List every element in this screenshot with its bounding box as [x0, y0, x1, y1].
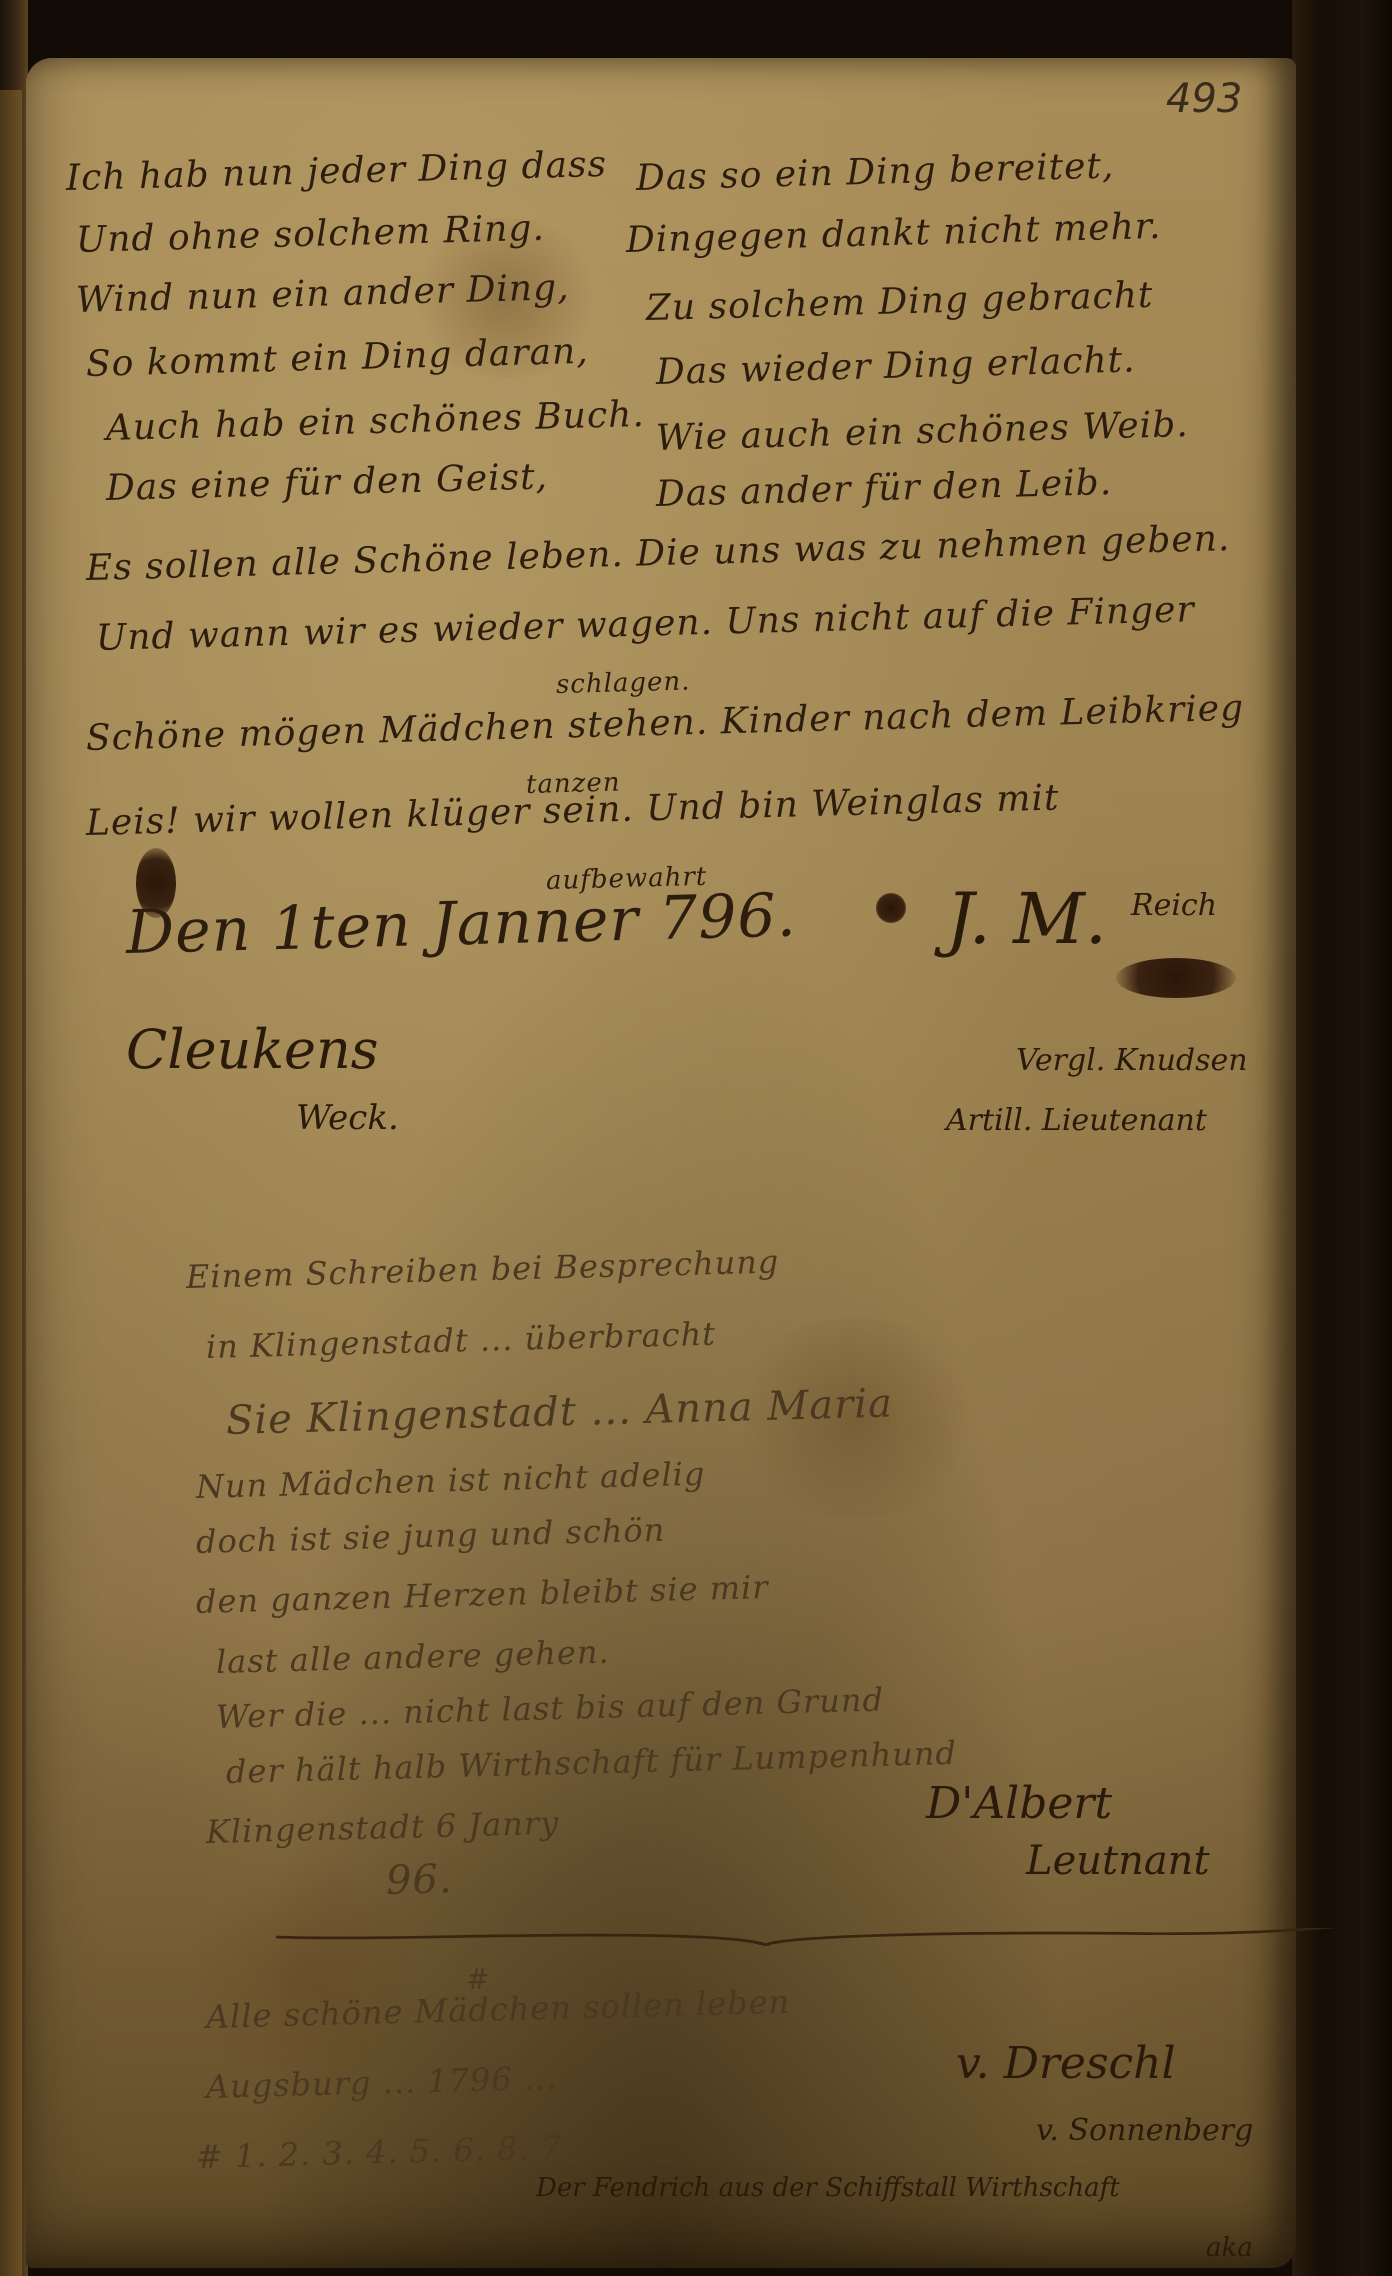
- manuscript-page: 493 Ich hab nun jeder Ding dass Und ohne…: [26, 58, 1296, 2268]
- entry-line: der hält halb Wirthschaft für Lumpenhund: [226, 1734, 958, 1791]
- signature-right-name: Reich: [1131, 888, 1217, 923]
- verse-left-line: Ich hab nun jeder Ding dass: [65, 144, 607, 199]
- verse-right-line: Das ander für den Leib.: [655, 462, 1112, 515]
- prose-line: Und wann wir es wieder wagen. Uns nicht …: [95, 589, 1195, 659]
- number-sequence: # 1. 2. 3. 4. 5. 6. 8. 7: [196, 2128, 563, 2176]
- signature-name: D'Albert: [926, 1778, 1112, 1829]
- facing-page-edge: [0, 90, 22, 2276]
- signature-left-suffix: Weck.: [296, 1098, 399, 1138]
- verse-right-line: Das wieder Ding erlacht.: [655, 339, 1136, 393]
- verse-left-line: Das eine für den Geist,: [105, 456, 548, 509]
- entry-line: doch ist sie jung und schön: [196, 1511, 666, 1561]
- entry-line: Klingenstadt 6 Janry: [206, 1804, 560, 1851]
- page-number: 493: [1166, 76, 1242, 122]
- verse-right-line: Zu solchem Ding gebracht: [645, 275, 1153, 329]
- signature-right-initials: J. M.: [946, 878, 1107, 960]
- verse-right-line: Dingegen dankt nicht mehr.: [625, 206, 1161, 261]
- signature-right-line2: Vergl. Knudsen: [1016, 1043, 1248, 1078]
- signature-name: v. Dreschl: [956, 2038, 1176, 2089]
- verse-right-line: Wie auch ein schönes Weib.: [655, 404, 1189, 459]
- entry-line: Wer die ... nicht last bis auf den Grund: [216, 1681, 885, 1736]
- signature-line4: aka: [1206, 2233, 1253, 2263]
- entry-line: Augsburg ... 1796 ...: [206, 2059, 558, 2106]
- verse-right-line: Das so ein Ding bereitet,: [635, 145, 1114, 199]
- verse-left-line: Auch hab ein schönes Buch.: [105, 394, 645, 449]
- prose-line: Es sollen alle Schöne leben. Die uns was…: [85, 518, 1230, 589]
- entry-line: in Klingenstadt ... überbracht: [206, 1315, 717, 1366]
- prose-line-insert: schlagen.: [556, 666, 691, 700]
- ink-blot: [1116, 958, 1236, 998]
- signature-line2: v. Sonnenberg: [1036, 2113, 1253, 2148]
- prose-line: Schöne mögen Mädchen stehen. Kinder nach…: [85, 688, 1244, 759]
- signature-right-line3: Artill. Lieutenant: [946, 1103, 1207, 1138]
- entry-line: den ganzen Herzen bleibt sie mir: [196, 1568, 770, 1621]
- signature-left: Cleukens: [126, 1018, 379, 1081]
- signature-title: Leutnant: [1026, 1838, 1210, 1884]
- entry-line: Einem Schreiben bei Besprechung: [186, 1242, 780, 1296]
- entry-line: 96.: [385, 1856, 453, 1904]
- signature-line3: Der Fendrich aus der Schiffstall Wirthsc…: [536, 2173, 1120, 2203]
- ink-blot: [876, 893, 906, 923]
- entry-line: last alle andere gehen.: [216, 1633, 611, 1681]
- entry-line: Nun Mädchen ist nicht adelig: [196, 1455, 706, 1506]
- divider-flourish: [276, 1928, 1366, 1946]
- entry-date: Den 1ten Janner 796.: [125, 880, 797, 968]
